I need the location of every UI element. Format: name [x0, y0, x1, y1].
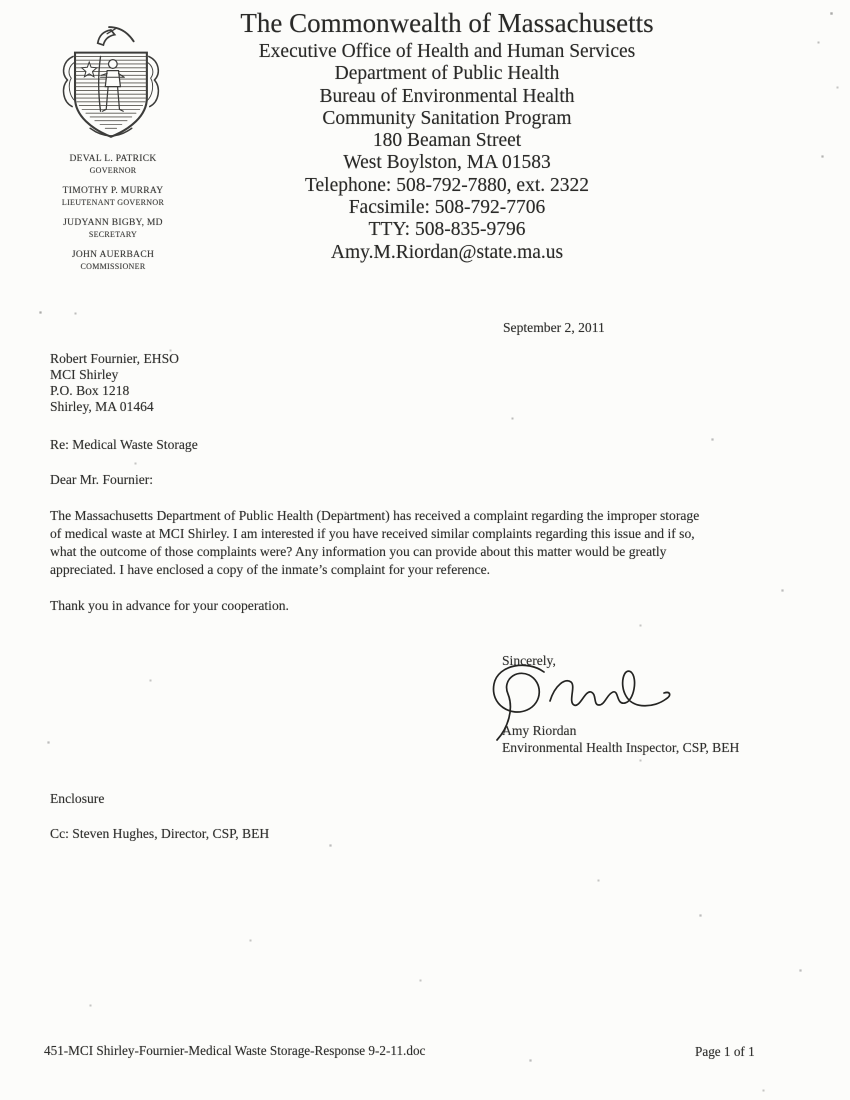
body-line: of medical waste at MCI Shirley. I am in… [50, 525, 699, 543]
letterhead-line: Community Sanitation Program [207, 108, 687, 130]
official-name: TIMOTHY P. MURRAY [33, 185, 193, 197]
letterhead: The Commonwealth of Massachusetts Execut… [207, 8, 687, 264]
closing-paragraph: Thank you in advance for your cooperatio… [50, 598, 289, 614]
official-title: LIEUTENANT GOVERNOR [33, 197, 193, 208]
official-commissioner: JOHN AUERBACH COMMISSIONER [33, 249, 193, 272]
letterhead-line: Telephone: 508-792-7880, ext. 2322 [207, 175, 687, 197]
signer-name: Amy Riordan [502, 723, 576, 739]
official-title: SECRETARY [33, 229, 193, 240]
footer-filename: 451-MCI Shirley-Fournier-Medical Waste S… [44, 1043, 425, 1059]
official-secretary: JUDYANN BIGBY, MD SECRETARY [33, 217, 193, 240]
date-line: September 2, 2011 [503, 320, 605, 336]
recipient-line: Shirley, MA 01464 [50, 399, 179, 415]
scan-noise [0, 0, 1, 1]
letterhead-line: Bureau of Environmental Health [207, 86, 687, 108]
letterhead-line: West Boylston, MA 01583 [207, 152, 687, 174]
official-name: JUDYANN BIGBY, MD [33, 217, 193, 229]
body-paragraph: The Massachusetts Department of Public H… [50, 507, 699, 579]
massachusetts-state-seal-icon [58, 10, 162, 152]
official-name: JOHN AUERBACH [33, 249, 193, 261]
letterhead-title: The Commonwealth of Massachusetts [207, 8, 687, 39]
recipient-line: Robert Fournier, EHSO [50, 351, 179, 367]
recipient-line: MCI Shirley [50, 367, 179, 383]
letterhead-line: Executive Office of Health and Human Ser… [207, 41, 687, 63]
recipient-line: P.O. Box 1218 [50, 383, 179, 399]
official-name: DEVAL L. PATRICK [33, 153, 193, 165]
body-line: what the outcome of those complaints wer… [50, 543, 699, 561]
official-governor: DEVAL L. PATRICK GOVERNOR [33, 153, 193, 176]
official-lieutenant-governor: TIMOTHY P. MURRAY LIEUTENANT GOVERNOR [33, 185, 193, 208]
letterhead-line: 180 Beaman Street [207, 130, 687, 152]
signer-title: Environmental Health Inspector, CSP, BEH [502, 740, 739, 756]
body-line: The Massachusetts Department of Public H… [50, 507, 699, 525]
letterhead-line: Department of Public Health [207, 63, 687, 85]
cc-line: Cc: Steven Hughes, Director, CSP, BEH [50, 826, 269, 842]
letterhead-line: TTY: 508-835-9796 [207, 219, 687, 241]
salutation: Dear Mr. Fournier: [50, 472, 153, 488]
scanned-letter-page: DEVAL L. PATRICK GOVERNOR TIMOTHY P. MUR… [0, 0, 850, 1100]
official-title: COMMISSIONER [33, 261, 193, 272]
subject-line: Re: Medical Waste Storage [50, 437, 198, 453]
enclosure-note: Enclosure [50, 791, 104, 807]
letterhead-email: Amy.M.Riordan@state.ma.us [207, 242, 687, 264]
letterhead-line: Facsimile: 508-792-7706 [207, 197, 687, 219]
official-title: GOVERNOR [33, 165, 193, 176]
officials-list: DEVAL L. PATRICK GOVERNOR TIMOTHY P. MUR… [33, 153, 193, 281]
recipient-address: Robert Fournier, EHSO MCI Shirley P.O. B… [50, 351, 179, 415]
footer-page-indicator: Page 1 of 1 [695, 1044, 755, 1060]
body-line: appreciated. I have enclosed a copy of t… [50, 561, 699, 579]
